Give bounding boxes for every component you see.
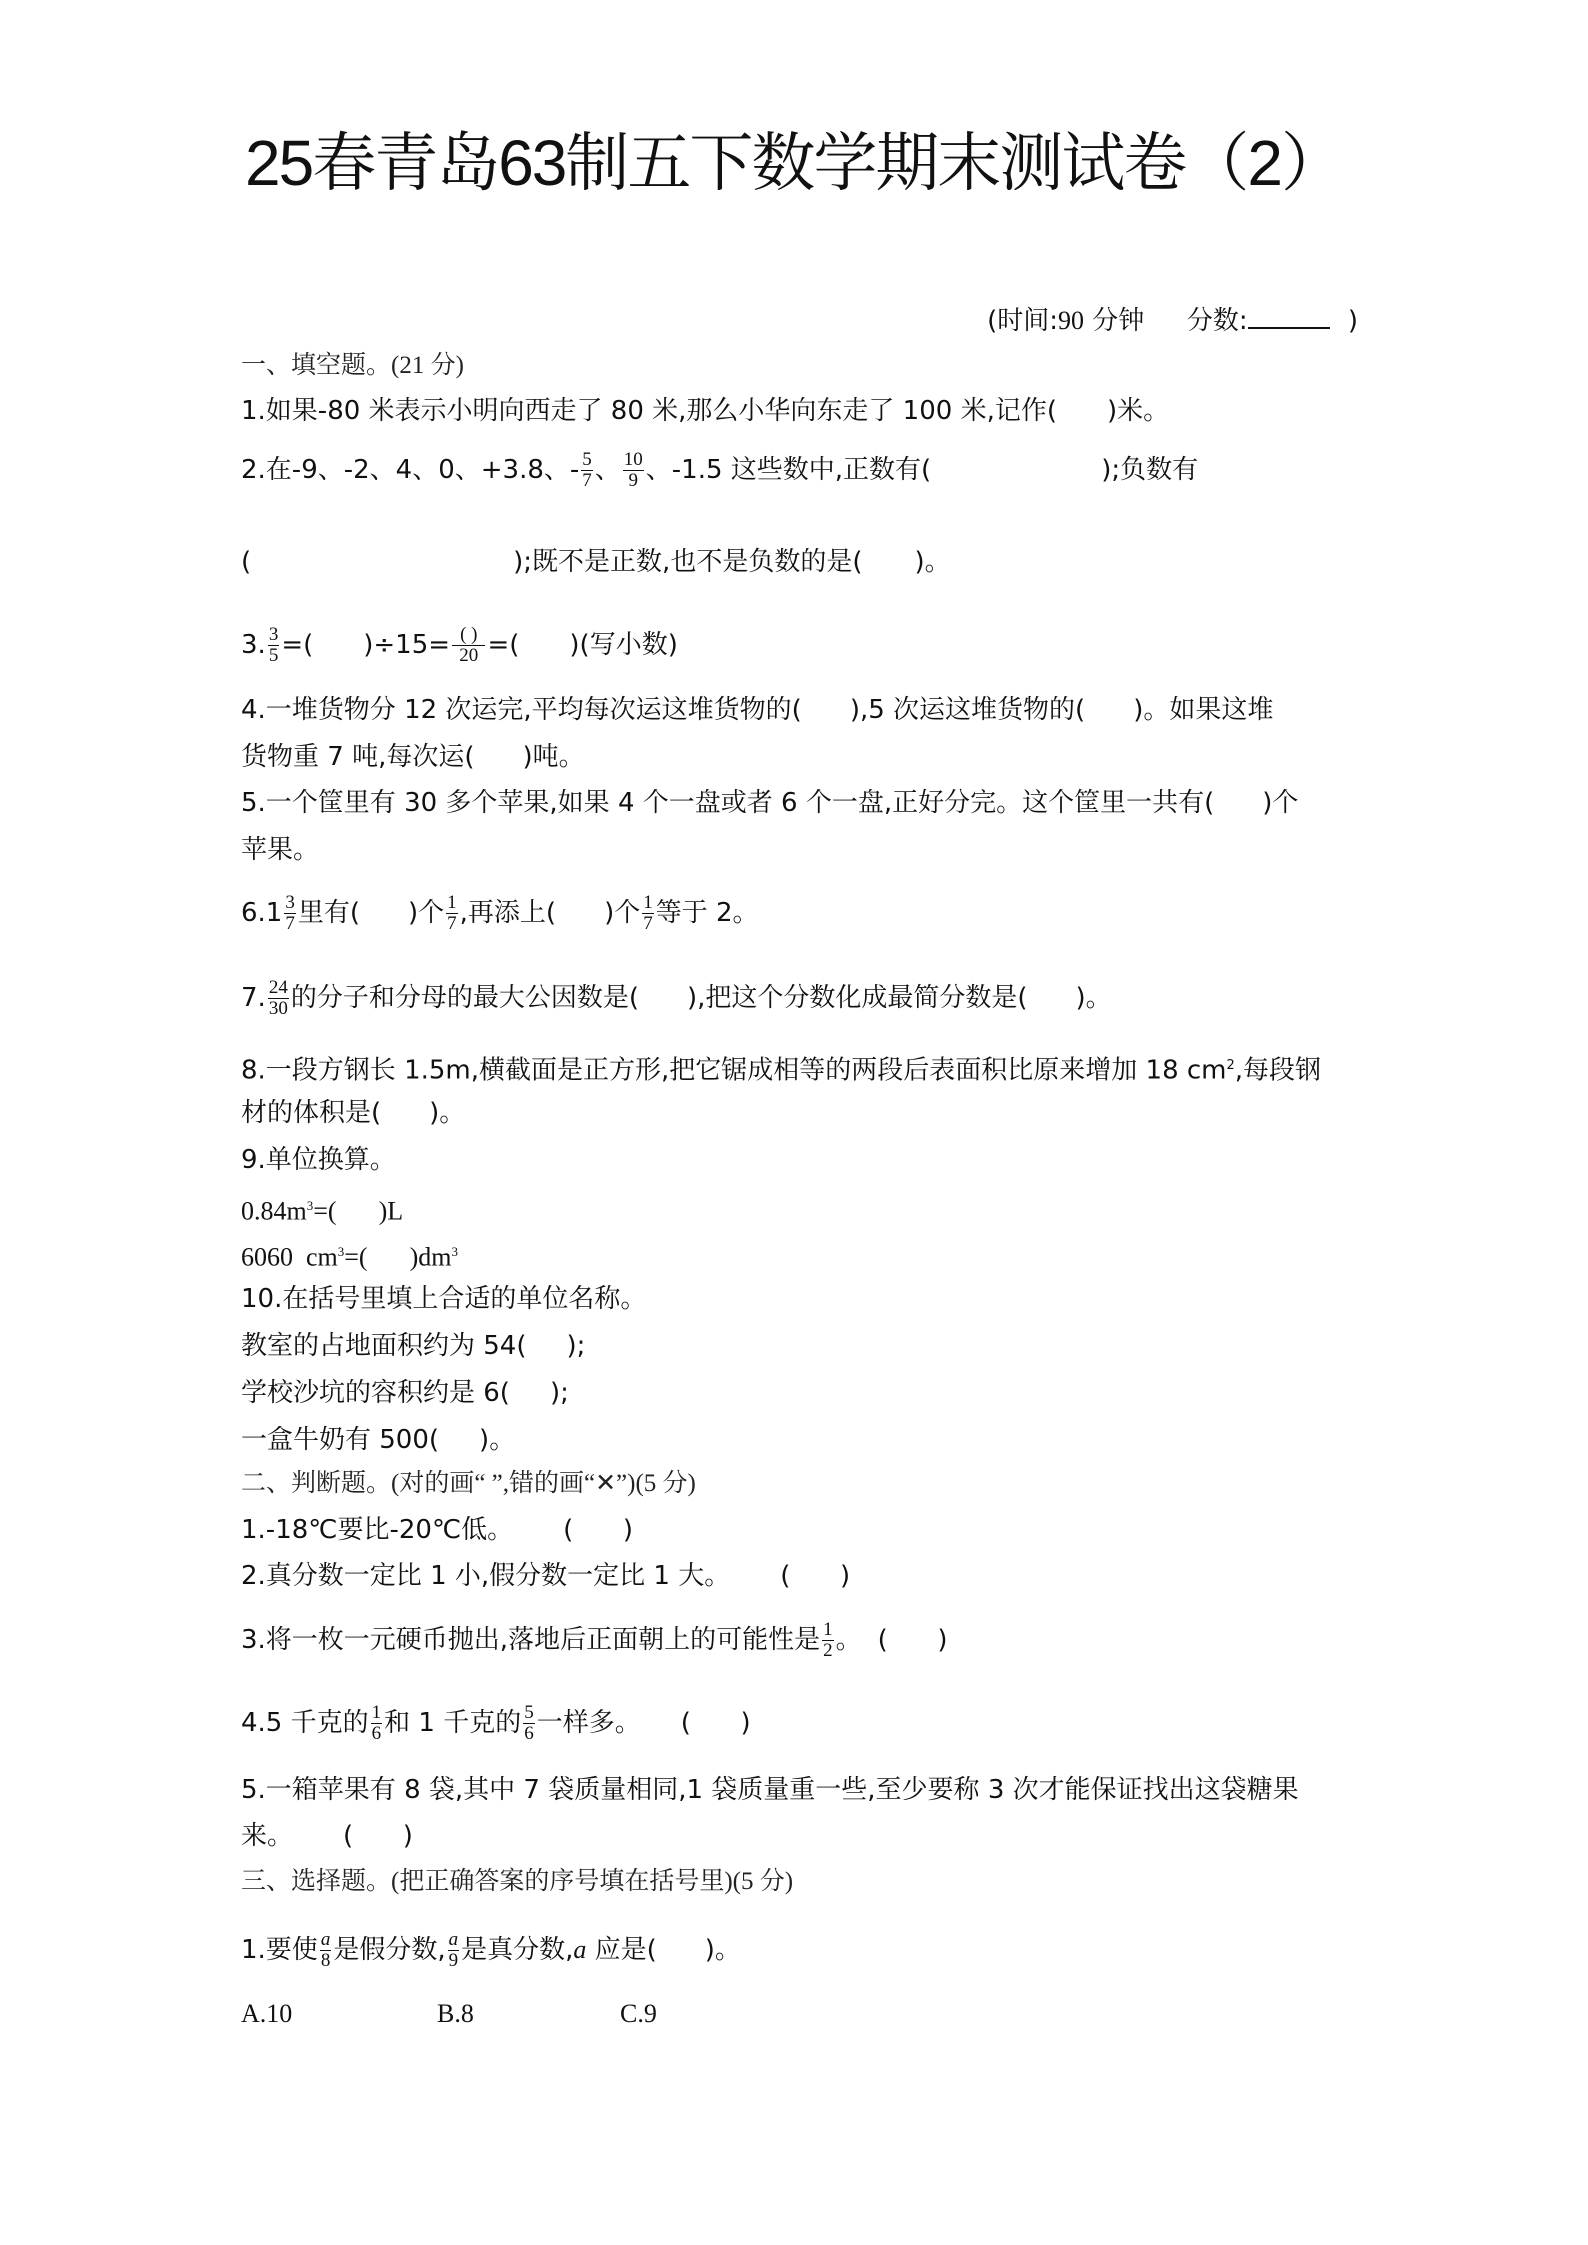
fraction: a8	[320, 1930, 332, 1971]
fraction: 12	[822, 1620, 834, 1661]
option-c[interactable]: C.9	[620, 1996, 657, 2032]
judge-item-3: 3.将一枚一元硬币抛出,落地后正面朝上的可能性是12。( )	[241, 1620, 947, 1661]
question-1-9: 9.单位换算。	[241, 1142, 396, 1178]
fraction: 57	[581, 450, 593, 491]
fraction: ( )20	[452, 625, 485, 666]
question-1-10: 10.在括号里填上合适的单位名称。	[241, 1281, 646, 1317]
judge-item-5: 5.一箱苹果有 8 袋,其中 7 袋质量相同,1 袋质量重一些,至少要称 3 次…	[241, 1772, 1299, 1808]
question-1-2: 2.在-9、-2、4、0、+3.8、-57、109、-1.5 这些数中,正数有(…	[241, 450, 1198, 491]
fraction: 2430	[268, 978, 289, 1019]
judge-item-5-cont: 来。( )	[241, 1818, 413, 1854]
question-1-5: 5.一个筐里有 30 多个苹果,如果 4 个一盘或者 6 个一盘,正好分完。这个…	[241, 785, 1298, 821]
question-1-1: 1.如果-80 米表示小明向西走了 80 米,那么小华向东走了 100 米,记作…	[241, 393, 1169, 429]
meta-close: )	[1348, 306, 1358, 336]
unit-item-3: 一盒牛奶有 500()。	[241, 1422, 515, 1458]
unit-item-1: 教室的占地面积约为 54();	[241, 1328, 585, 1364]
question-1-2-cont: ();既不是正数,也不是负数的是()。	[241, 544, 951, 580]
judge-item-2: 2.真分数一定比 1 小,假分数一定比 1 大。( )	[241, 1558, 850, 1594]
answer-paren[interactable]: ( )	[563, 1515, 633, 1545]
time-unit: 分钟	[1092, 306, 1144, 336]
unit-conversion-2: 6060 cm3=()dm3	[241, 1234, 458, 1276]
question-1-4: 4.一堆货物分 12 次运完,平均每次运这堆货物的(),5 次运这堆货物的()。…	[241, 692, 1273, 728]
choice-question-1: 1.要使a8是假分数,a9是真分数,a 应是()。	[241, 1930, 741, 1971]
question-1-8-cont: 材的体积是()。	[241, 1095, 465, 1131]
fraction: 17	[642, 893, 654, 934]
fraction: 109	[623, 450, 644, 491]
question-1-5-cont: 苹果。	[241, 832, 319, 868]
score-blank[interactable]	[1248, 303, 1330, 329]
judge-item-4: 4.5 千克的16和 1 千克的56一样多。( )	[241, 1703, 751, 1744]
fraction: 35	[268, 625, 280, 666]
exam-meta: (时间:90 分钟 分数: )	[987, 303, 1358, 339]
fraction: a9	[448, 1930, 460, 1971]
answer-paren[interactable]: ( )	[343, 1821, 413, 1851]
page-title: 25春青岛63制五下数学期末测试卷（2）	[0, 118, 1588, 208]
section-3-heading: 三、选择题。(把正确答案的序号填在括号里)(5 分)	[241, 1864, 793, 1900]
unit-item-2: 学校沙坑的容积约是 6();	[241, 1375, 569, 1411]
answer-paren[interactable]: ( )	[878, 1625, 948, 1655]
question-1-6: 6.137里有()个17,再添上()个17等于 2。	[241, 893, 759, 934]
answer-paren[interactable]: ( )	[681, 1708, 751, 1738]
time-label: (时间:	[987, 306, 1058, 336]
judge-item-1: 1.-18℃要比-20℃低。( )	[241, 1512, 633, 1548]
time-value: 90	[1058, 306, 1084, 335]
score-label: 分数:	[1187, 306, 1248, 336]
fraction: 17	[446, 893, 458, 934]
section-2-heading: 二、判断题。(对的画“ ”,错的画“✕”)(5 分)	[241, 1466, 696, 1502]
option-a[interactable]: A.10	[241, 1996, 292, 2032]
fraction: 56	[523, 1703, 535, 1744]
question-1-7: 7.2430的分子和分母的最大公因数是(),把这个分数化成最简分数是()。	[241, 978, 1112, 1019]
fraction: 16	[371, 1703, 383, 1744]
question-1-4-cont: 货物重 7 吨,每次运()吨。	[241, 739, 585, 775]
question-1-8: 8.一段方钢长 1.5m,横截面是正方形,把它锯成相等的两段后表面积比原来增加 …	[241, 1048, 1321, 1089]
fraction: 37	[284, 893, 296, 934]
unit-conversion-1: 0.84m3=()L	[241, 1188, 403, 1230]
section-1-heading: 一、填空题。(21 分)	[241, 348, 464, 384]
option-b[interactable]: B.8	[437, 1996, 474, 2032]
answer-paren[interactable]: ( )	[780, 1561, 850, 1591]
question-1-3: 3.35=()÷15=( )20=()(写小数)	[241, 625, 678, 666]
